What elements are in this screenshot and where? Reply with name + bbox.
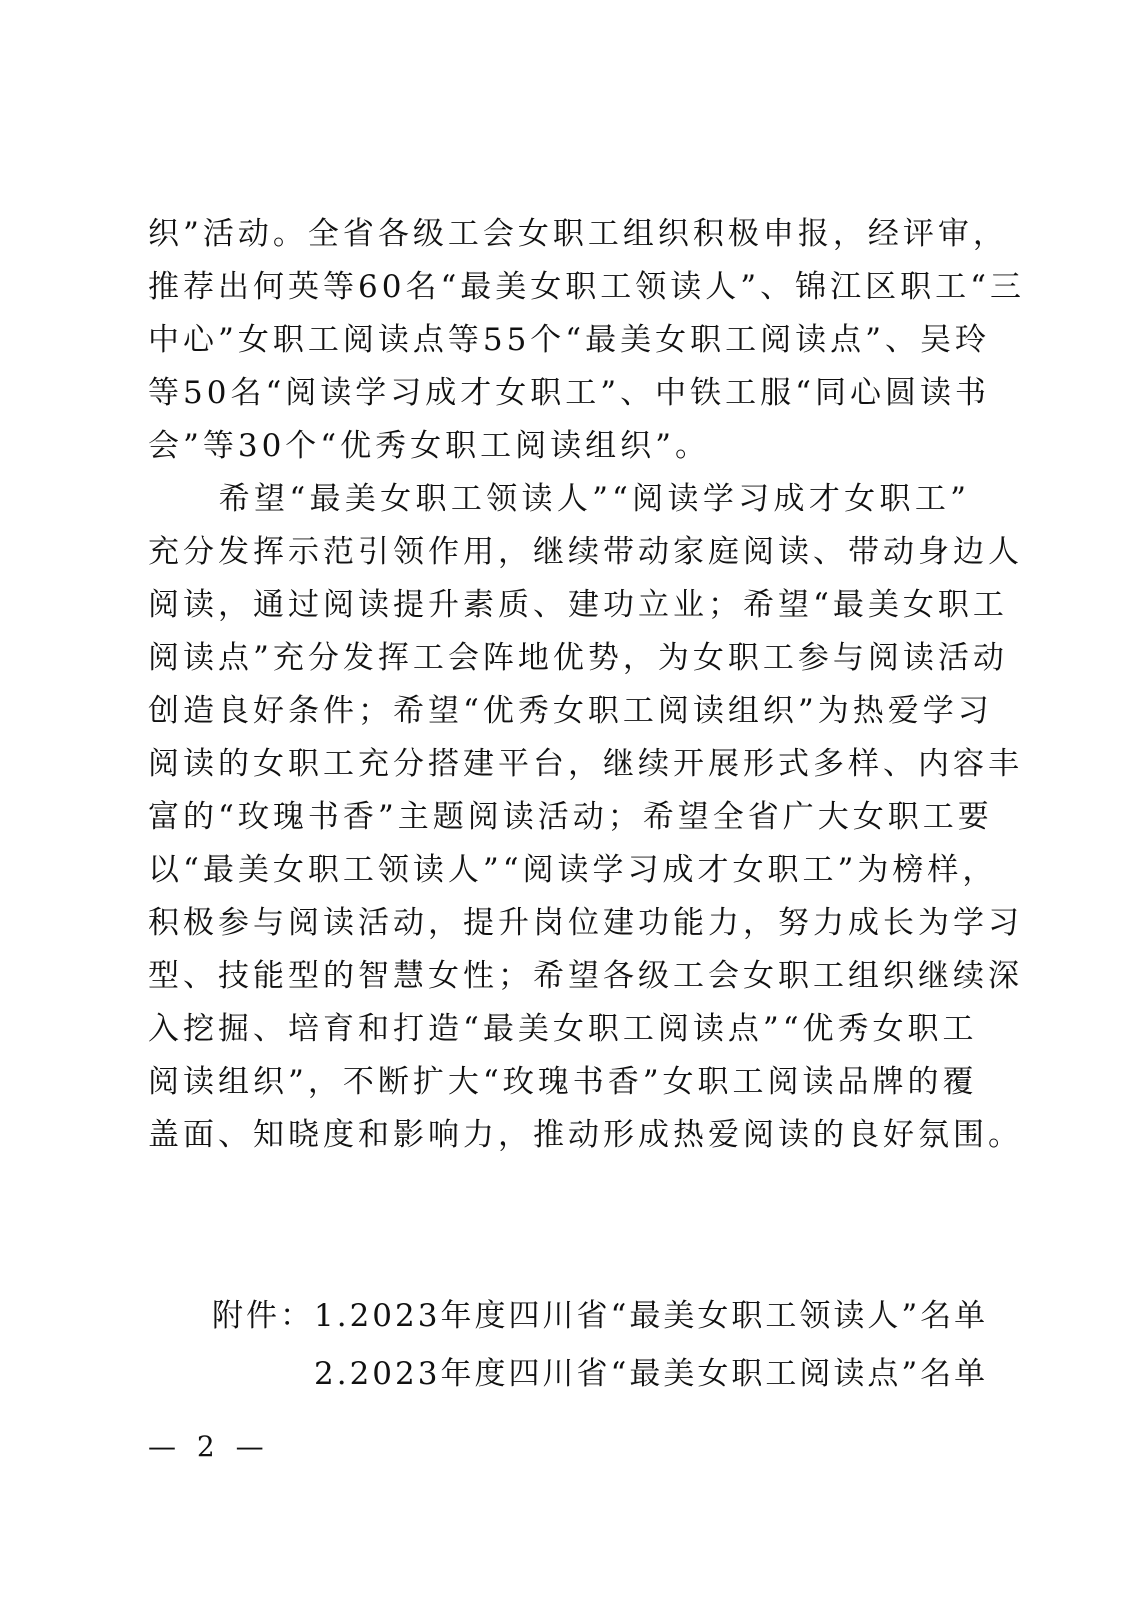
text-line: 创造良好条件；希望“优秀女职工阅读组织”为热爱学习: [148, 685, 970, 738]
text-line: 阅读点”充分发挥工会阵地优势，为女职工参与阅读活动: [148, 632, 970, 685]
text-line: 以“最美女职工领读人”“阅读学习成才女职工”为榜样，: [148, 844, 970, 897]
text-line: 富的“玫瑰书香”主题阅读活动；希望全省广大女职工要: [148, 791, 970, 844]
text-line: 织”活动。全省各级工会女职工组织积极申报，经评审，: [148, 208, 970, 261]
paragraph-2: 希望“最美女职工领读人”“阅读学习成才女职工” 充分发挥示范引领作用，继续带动家…: [148, 473, 970, 1162]
attachment-label: 附件：: [212, 1298, 314, 1334]
text-line: 中心”女职工阅读点等55个“最美女职工阅读点”、吴玲: [148, 314, 970, 367]
attachment-2: 2.2023年度四川省“最美女职工阅读点”名单: [212, 1345, 988, 1403]
paragraph-1: 织”活动。全省各级工会女职工组织积极申报，经评审， 推荐出何英等60名“最美女职…: [148, 208, 970, 473]
text-line: 阅读的女职工充分搭建平台，继续开展形式多样、内容丰: [148, 738, 970, 791]
attachment-title: 1.2023年度四川省“最美女职工领读人”名单: [314, 1298, 988, 1334]
attachments: 附件：1.2023年度四川省“最美女职工领读人”名单 2.2023年度四川省“最…: [212, 1287, 988, 1403]
text-line: 会”等30个“优秀女职工阅读组织”。: [148, 420, 970, 473]
text-line: 阅读组织”，不断扩大“玫瑰书香”女职工阅读品牌的覆: [148, 1056, 970, 1109]
text-line: 充分发挥示范引领作用，继续带动家庭阅读、带动身边人: [148, 526, 970, 579]
document-body: 织”活动。全省各级工会女职工组织积极申报，经评审， 推荐出何英等60名“最美女职…: [148, 208, 970, 1162]
text-line: 积极参与阅读活动，提升岗位建功能力，努力成长为学习: [148, 897, 970, 950]
text-line: 推荐出何英等60名“最美女职工领读人”、锦江区职工“三: [148, 261, 970, 314]
text-line: 入挖掘、培育和打造“最美女职工阅读点”“优秀女职工: [148, 1003, 970, 1056]
text-line: 盖面、知晓度和影响力，推动形成热爱阅读的良好氛围。: [148, 1109, 970, 1162]
text-line: 阅读，通过阅读提升素质、建功立业；希望“最美女职工: [148, 579, 970, 632]
text-line: 希望“最美女职工领读人”“阅读学习成才女职工”: [148, 473, 970, 526]
attachment-1: 附件：1.2023年度四川省“最美女职工领读人”名单: [212, 1287, 988, 1345]
text-line: 型、技能型的智慧女性；希望各级工会女职工组织继续深: [148, 950, 970, 1003]
attachment-title: 2.2023年度四川省“最美女职工阅读点”名单: [314, 1356, 988, 1392]
page-number: — 2 —: [148, 1430, 270, 1463]
text-line: 等50名“阅读学习成才女职工”、中铁工服“同心圆读书: [148, 367, 970, 420]
